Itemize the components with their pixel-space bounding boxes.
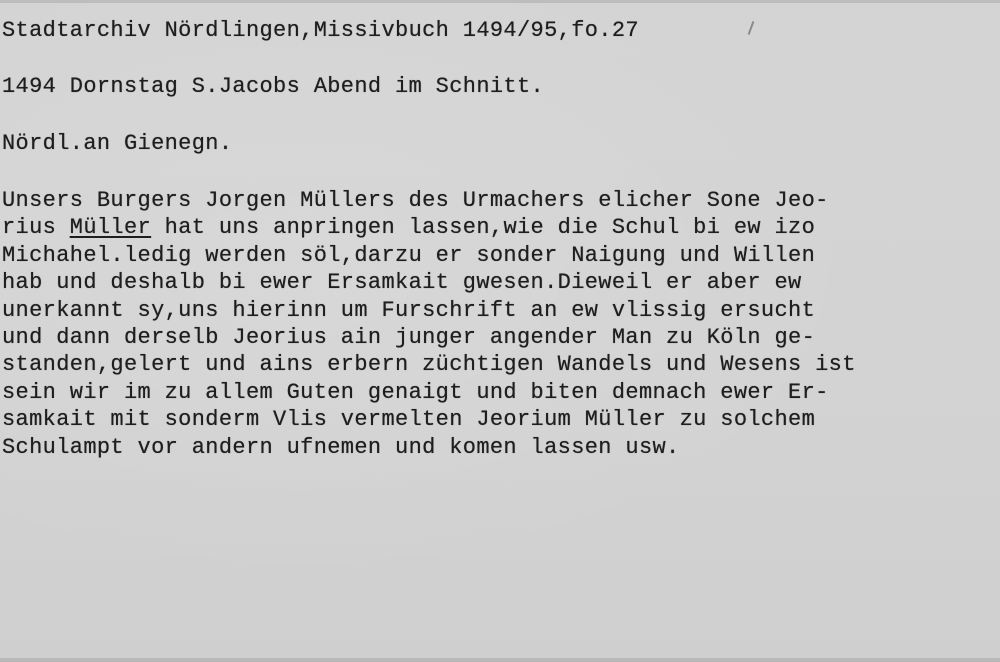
body-line: hab und deshalb bi ewer Ersamkait gwesen… [2, 269, 856, 296]
underlined-name: Müller [70, 215, 151, 240]
pencil-mark [748, 21, 755, 35]
body-line: sein wir im zu allem Guten genaigt und b… [2, 379, 856, 406]
body-line: Michahel.ledig werden söl,darzu er sonde… [2, 242, 856, 269]
body-line-start: rius [2, 215, 70, 240]
body-line-end: hat uns anpringen lassen,wie die Schul b… [151, 215, 815, 240]
archive-index-card: Stadtarchiv Nördlingen,Missivbuch 1494/9… [0, 0, 1000, 662]
body-line: und dann derselb Jeorius ain junger ange… [2, 324, 856, 351]
letter-body: Unsers Burgers Jorgen Müllers des Urmach… [2, 187, 856, 461]
body-line: Schulampt vor andern ufnemen und komen l… [2, 434, 856, 461]
body-line: unerkannt sy,uns hierinn um Furschrift a… [2, 297, 856, 324]
body-line: rius Müller hat uns anpringen lassen,wie… [2, 214, 856, 241]
body-line: Unsers Burgers Jorgen Müllers des Urmach… [2, 187, 856, 214]
source-reference: Stadtarchiv Nördlingen,Missivbuch 1494/9… [2, 20, 639, 42]
body-line: standen,gelert und ains erbern züchtigen… [2, 351, 856, 378]
address-line: Nördl.an Gienegn. [2, 133, 232, 155]
date-line: 1494 Dornstag S.Jacobs Abend im Schnitt. [2, 76, 544, 98]
body-line: samkait mit sonderm Vlis vermelten Jeori… [2, 406, 856, 433]
